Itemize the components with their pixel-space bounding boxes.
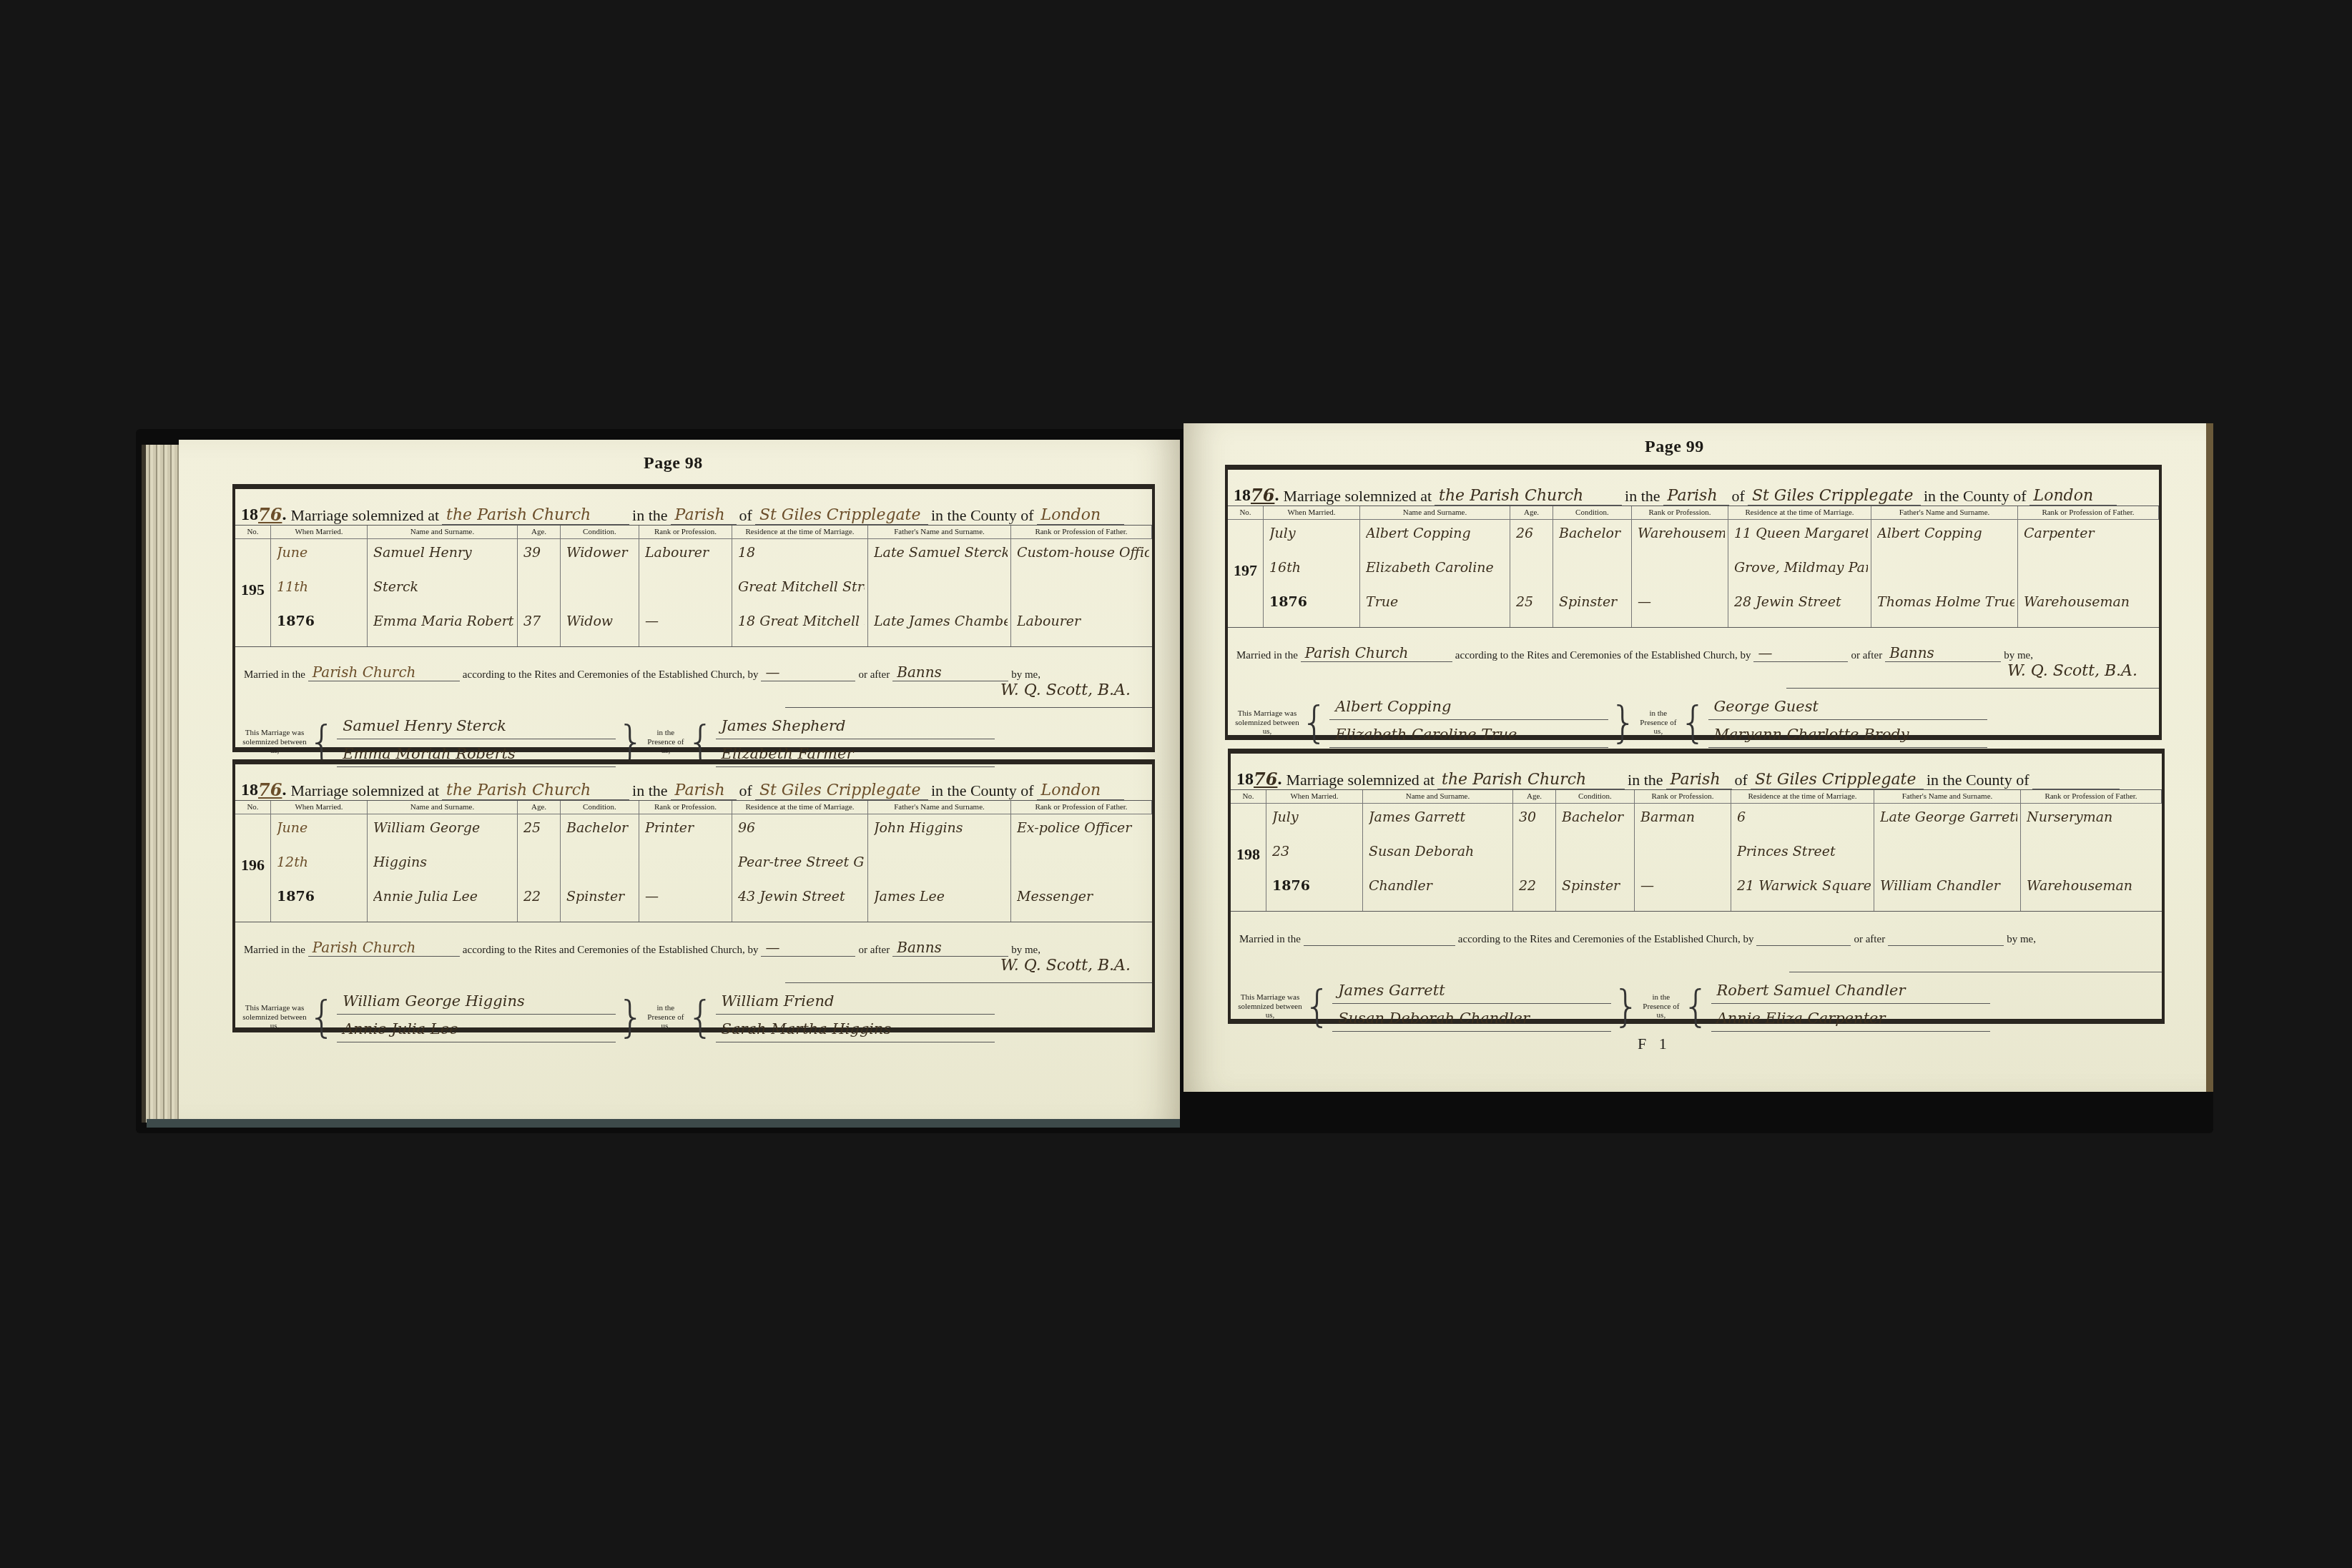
by-field: —: [761, 939, 855, 957]
of-label: of: [1735, 771, 1748, 789]
solemnized-label: This Marriage was solemnized between us,: [242, 729, 307, 756]
parish-name-field: St Giles Cripplegate: [1748, 487, 1921, 506]
marriage-entry: 1876. Marriage solemnized at the Parish …: [1228, 749, 2165, 1024]
cell-residences: 6Princes Street21 Warwick Square: [1731, 804, 1874, 911]
year-printed: 18: [241, 506, 258, 525]
solemnized-label: This Marriage was solemnized between us,: [242, 1004, 307, 1031]
cell-when: July231876: [1266, 804, 1363, 911]
year-written: 76: [258, 779, 282, 800]
col-header-profession: Rank or Profession.: [1632, 506, 1728, 520]
col-header-age: Age.: [518, 526, 561, 539]
cell-fathers: Albert CoppingThomas Holme True: [1871, 520, 2018, 627]
col-header-condition: Condition.: [1556, 790, 1635, 804]
cell-names: Samuel HenrySterckEmma Maria Roberts: [368, 539, 518, 646]
by-me-label: by me,: [1011, 945, 1040, 957]
col-header-condition: Condition.: [1553, 506, 1632, 520]
married-in-line: Married in the according to the Rites an…: [1231, 912, 2162, 946]
officiant-signature: W. Q. Scott, B.A.: [1786, 662, 2159, 689]
cell-residences: 11 Queen MargaretGrove, Mildmay Park28 J…: [1728, 520, 1871, 627]
cell-when: June11th1876: [271, 539, 368, 646]
cell-names: William GeorgeHigginsAnnie Julia Lee: [368, 814, 518, 922]
cell-ages: 3022: [1513, 804, 1556, 911]
entry-header: 1876. Marriage solemnized at the Parish …: [1228, 470, 2159, 506]
parish-type-field: Parish: [671, 506, 737, 525]
married-in-label: Married in the: [1236, 650, 1298, 662]
rites-label: according to the Rites and Ceremonies of…: [1458, 934, 1754, 946]
married-in-line: Married in the Parish Church according t…: [235, 647, 1152, 681]
col-header-no: No.: [1231, 790, 1266, 804]
year-written: 76: [258, 504, 282, 525]
year-written: 76: [1251, 485, 1274, 506]
of-label: of: [739, 506, 752, 525]
in-the-label: in the: [1628, 771, 1663, 789]
cell-names: James GarrettSusan DeborahChandler: [1363, 804, 1513, 911]
col-header-profession: Rank or Profession.: [639, 801, 732, 814]
presence-label: in the Presence of us,: [1638, 709, 1678, 736]
groom-signature: Albert Copping: [1329, 698, 1608, 720]
col-header-profession: Rank or Profession.: [1635, 790, 1731, 804]
or-after-label: or after: [1851, 650, 1882, 662]
cell-no: 195: [235, 539, 271, 646]
by-me-label: by me,: [1011, 669, 1040, 681]
col-header-father-profession: Rank or Profession of Father.: [2021, 790, 2162, 804]
cell-professions: Labourer—: [639, 539, 732, 646]
col-header-father-profession: Rank or Profession of Father.: [1011, 526, 1152, 539]
entry-header: 1876. Marriage solemnized at the Parish …: [1231, 754, 2162, 790]
cell-conditions: BachelorSpinster: [1556, 804, 1635, 911]
married-in-field: Parish Church: [308, 664, 460, 681]
brace-icon: {: [1682, 985, 1709, 1028]
signatures-row: This Marriage was solemnized between us,…: [1231, 972, 2162, 1041]
by-field: —: [1753, 644, 1848, 662]
parish-name-field: St Giles Cripplegate: [755, 781, 928, 800]
entry-number: 195: [235, 581, 270, 599]
or-after-field: Banns: [892, 664, 1008, 681]
col-header-father: Father's Name and Surname.: [868, 526, 1011, 539]
groom-signature: Samuel Henry Sterck: [337, 717, 616, 739]
or-after-field: Banns: [1885, 644, 2001, 662]
left-page: Page 98 1876. Marriage solemnized at the…: [179, 440, 1180, 1123]
col-header-name: Name and Surname.: [1360, 506, 1510, 520]
couple-signatures: Albert Copping Elizabeth Caroline True: [1329, 698, 1608, 748]
by-field: —: [761, 664, 855, 681]
county-field: London: [1037, 506, 1124, 525]
cell-fathers: Late George GarrettWilliam Chandler: [1874, 804, 2021, 911]
col-header-no: No.: [235, 526, 271, 539]
brace-icon: }: [1610, 701, 1637, 744]
couple-signatures: James Garrett Susan Deborah Chandler: [1332, 982, 1611, 1032]
of-label: of: [1732, 487, 1745, 506]
cell-conditions: BachelorSpinster: [1553, 520, 1632, 627]
col-header-name: Name and Surname.: [368, 526, 518, 539]
bride-signature: Susan Deborah Chandler: [1332, 1010, 1611, 1032]
parish-name-field: St Giles Cripplegate: [755, 506, 928, 525]
cell-no: 197: [1228, 520, 1264, 627]
county-label: in the County of: [1924, 487, 2027, 506]
brace-icon: {: [1679, 701, 1706, 744]
married-in-label: Married in the: [244, 669, 305, 681]
cell-ages: 2522: [518, 814, 561, 922]
cell-ages: 3937: [518, 539, 561, 646]
solemnized-label: This Marriage was solemnized between us,: [1238, 993, 1302, 1020]
or-after-label: or after: [858, 945, 890, 957]
cell-professions: Warehouseman—: [1632, 520, 1728, 627]
of-label: of: [739, 781, 752, 800]
married-in-line: Married in the Parish Church according t…: [1228, 628, 2159, 662]
cell-father-professions: NurserymanWarehouseman: [2021, 804, 2162, 911]
married-in-field: [1304, 945, 1455, 946]
witness-signatures: George Guest Maryann Charlotte Brody: [1708, 698, 1987, 748]
brace-icon: }: [617, 996, 644, 1039]
col-header-father-profession: Rank or Profession of Father.: [1011, 801, 1152, 814]
brace-icon: {: [308, 721, 335, 764]
officiant-signature: W. Q. Scott, B.A.: [785, 681, 1152, 708]
col-header-name: Name and Surname.: [368, 801, 518, 814]
col-header-condition: Condition.: [561, 526, 639, 539]
married-in-field: Parish Church: [1301, 644, 1452, 662]
col-header-residence: Residence at the time of Marriage.: [732, 526, 868, 539]
rites-label: according to the Rites and Ceremonies of…: [463, 669, 759, 681]
cell-father-professions: Custom-house OfficerLabourer: [1011, 539, 1152, 646]
col-header-father-profession: Rank or Profession of Father.: [2018, 506, 2159, 520]
col-header-age: Age.: [1510, 506, 1553, 520]
witness-signature: Annie Eliza Carpenter: [1711, 1010, 1990, 1032]
county-field: London: [1037, 781, 1124, 800]
marriage-entry: 1876. Marriage solemnized at the Parish …: [232, 484, 1155, 752]
county-label: in the County of: [931, 781, 1034, 800]
brace-icon: {: [1304, 985, 1331, 1028]
brace-icon: {: [1301, 701, 1328, 744]
brace-icon: {: [308, 996, 335, 1039]
parish-type-field: Parish: [671, 781, 737, 800]
by-me-label: by me,: [2007, 934, 2036, 946]
witness-signature: James Shepherd: [716, 717, 995, 739]
head-label: Marriage solemnized at: [1283, 487, 1432, 506]
entry-table: No. When Married. Name and Surname. Age.…: [235, 801, 1152, 922]
entry-table: No. When Married. Name and Surname. Age.…: [1228, 506, 2159, 628]
witness-signature: William Friend: [716, 992, 995, 1015]
in-the-label: in the: [1625, 487, 1660, 506]
married-in-label: Married in the: [1239, 934, 1301, 946]
venue-field: the Parish Church: [1435, 487, 1622, 506]
county-field: [2032, 789, 2120, 789]
col-header-when: When Married.: [1264, 506, 1360, 520]
married-in-line: Married in the Parish Church according t…: [235, 922, 1152, 957]
year-printed: 18: [1234, 486, 1251, 506]
col-header-father: Father's Name and Surname.: [868, 801, 1011, 814]
year-printed: 18: [241, 781, 258, 800]
right-page: Page 99 1876. Marriage solemnized at the…: [1184, 423, 2213, 1092]
col-header-residence: Residence at the time of Marriage.: [732, 801, 868, 814]
cell-father-professions: CarpenterWarehouseman: [2018, 520, 2159, 627]
head-label: Marriage solemnized at: [1286, 771, 1435, 789]
col-header-no: No.: [235, 801, 271, 814]
cell-conditions: WidowerWidow: [561, 539, 639, 646]
entry-header: 1876. Marriage solemnized at the Parish …: [235, 764, 1152, 801]
groom-signature: William George Higgins: [337, 992, 616, 1015]
entry-number: 198: [1231, 845, 1266, 864]
couple-signatures: William George Higgins Annie Julia Lee: [337, 992, 616, 1042]
year-printed: 18: [1236, 770, 1254, 789]
cell-professions: Printer—: [639, 814, 732, 922]
cell-no: 196: [235, 814, 271, 922]
by-me-label: by me,: [2004, 650, 2033, 662]
col-header-name: Name and Surname.: [1363, 790, 1513, 804]
brace-icon: {: [687, 721, 714, 764]
col-header-age: Age.: [1513, 790, 1556, 804]
officiant-signature: W. Q. Scott, B.A.: [785, 957, 1152, 983]
presence-label: in the Presence of us,: [1641, 993, 1681, 1020]
parish-name-field: St Giles Cripplegate: [1751, 771, 1924, 789]
col-header-age: Age.: [518, 801, 561, 814]
married-in-label: Married in the: [244, 945, 305, 957]
witness-signature: Maryann Charlotte Brody: [1708, 726, 1987, 748]
by-field: [1756, 945, 1851, 946]
county-label: in the County of: [1927, 771, 2029, 789]
witness-signature: Robert Samuel Chandler: [1711, 982, 1990, 1004]
col-header-residence: Residence at the time of Marriage.: [1731, 790, 1874, 804]
married-in-field: Parish Church: [308, 939, 460, 957]
cell-when: June12th1876: [271, 814, 368, 922]
bride-signature: Annie Julia Lee: [337, 1020, 616, 1042]
book-cover-edge: [147, 1119, 1180, 1128]
in-the-label: in the: [632, 781, 668, 800]
cell-when: July16th1876: [1264, 520, 1360, 627]
rites-label: according to the Rites and Ceremonies of…: [463, 945, 759, 957]
solemnized-label: This Marriage was solemnized between us,: [1235, 709, 1299, 736]
col-header-when: When Married.: [1266, 790, 1363, 804]
cell-fathers: Late Samuel SterckLate James Chambers: [868, 539, 1011, 646]
col-header-when: When Married.: [271, 526, 368, 539]
year-written: 76: [1254, 769, 1277, 789]
witness-signatures: Robert Samuel Chandler Annie Eliza Carpe…: [1711, 982, 1990, 1032]
entry-number: 197: [1228, 561, 1263, 580]
col-header-residence: Residence at the time of Marriage.: [1728, 506, 1871, 520]
bride-signature: Elizabeth Caroline True: [1329, 726, 1608, 748]
col-header-father: Father's Name and Surname.: [1871, 506, 2018, 520]
col-header-profession: Rank or Profession.: [639, 526, 732, 539]
cell-father-professions: Ex-police OfficerMessenger: [1011, 814, 1152, 922]
cell-fathers: John HigginsJames Lee: [868, 814, 1011, 922]
venue-field: the Parish Church: [442, 506, 629, 525]
col-header-when: When Married.: [271, 801, 368, 814]
page-number: Page 98: [644, 454, 703, 473]
cell-conditions: BachelorSpinster: [561, 814, 639, 922]
county-field: London: [2029, 487, 2117, 506]
head-label: Marriage solemnized at: [290, 506, 439, 525]
cell-residences: 18Great Mitchell Street18 Great Mitchell…: [732, 539, 868, 646]
witness-signatures: William Friend Sarah Martha Higgins: [716, 992, 995, 1042]
county-label: in the County of: [931, 506, 1034, 525]
signatures-row: This Marriage was solemnized between us,…: [1228, 689, 2159, 757]
or-after-field: Banns: [892, 939, 1008, 957]
venue-field: the Parish Church: [442, 781, 629, 800]
in-the-label: in the: [632, 506, 668, 525]
marriage-entry: 1876. Marriage solemnized at the Parish …: [1225, 465, 2162, 740]
page-signature-mark: F 1: [1638, 1035, 1671, 1053]
presence-label: in the Presence of us,: [646, 729, 685, 756]
signatures-row: This Marriage was solemnized between us,…: [235, 983, 1152, 1052]
groom-signature: James Garrett: [1332, 982, 1611, 1004]
witness-signature: George Guest: [1708, 698, 1987, 720]
cell-residences: 96Pear-tree Street Goswell Street43 Jewi…: [732, 814, 868, 922]
venue-field: the Parish Church: [1437, 771, 1625, 789]
brace-icon: }: [1613, 985, 1640, 1028]
or-after-label: or after: [858, 669, 890, 681]
col-header-condition: Condition.: [561, 801, 639, 814]
officiant-signature: [1789, 946, 2162, 972]
head-label: Marriage solemnized at: [290, 781, 439, 800]
or-after-label: or after: [1854, 934, 1885, 946]
presence-label: in the Presence of us,: [646, 1004, 685, 1031]
entry-table: No. When Married. Name and Surname. Age.…: [1231, 790, 2162, 912]
marriage-entry: 1876. Marriage solemnized at the Parish …: [232, 759, 1155, 1032]
cell-ages: 2625: [1510, 520, 1553, 627]
parish-type-field: Parish: [1666, 771, 1732, 789]
witness-signature: Sarah Martha Higgins: [716, 1020, 995, 1042]
cell-professions: Barman—: [1635, 804, 1731, 911]
parish-type-field: Parish: [1663, 487, 1729, 506]
brace-icon: {: [687, 996, 714, 1039]
or-after-field: [1888, 945, 2004, 946]
col-header-father: Father's Name and Surname.: [1874, 790, 2021, 804]
col-header-no: No.: [1228, 506, 1264, 520]
rites-label: according to the Rites and Ceremonies of…: [1455, 650, 1751, 662]
cell-names: Albert CoppingElizabeth CarolineTrue: [1360, 520, 1510, 627]
page-number: Page 99: [1645, 438, 1704, 457]
entry-table: No. When Married. Name and Surname. Age.…: [235, 526, 1152, 647]
entry-number: 196: [235, 856, 270, 874]
entry-header: 1876. Marriage solemnized at the Parish …: [235, 489, 1152, 526]
cell-no: 198: [1231, 804, 1266, 911]
brace-icon: }: [617, 721, 644, 764]
